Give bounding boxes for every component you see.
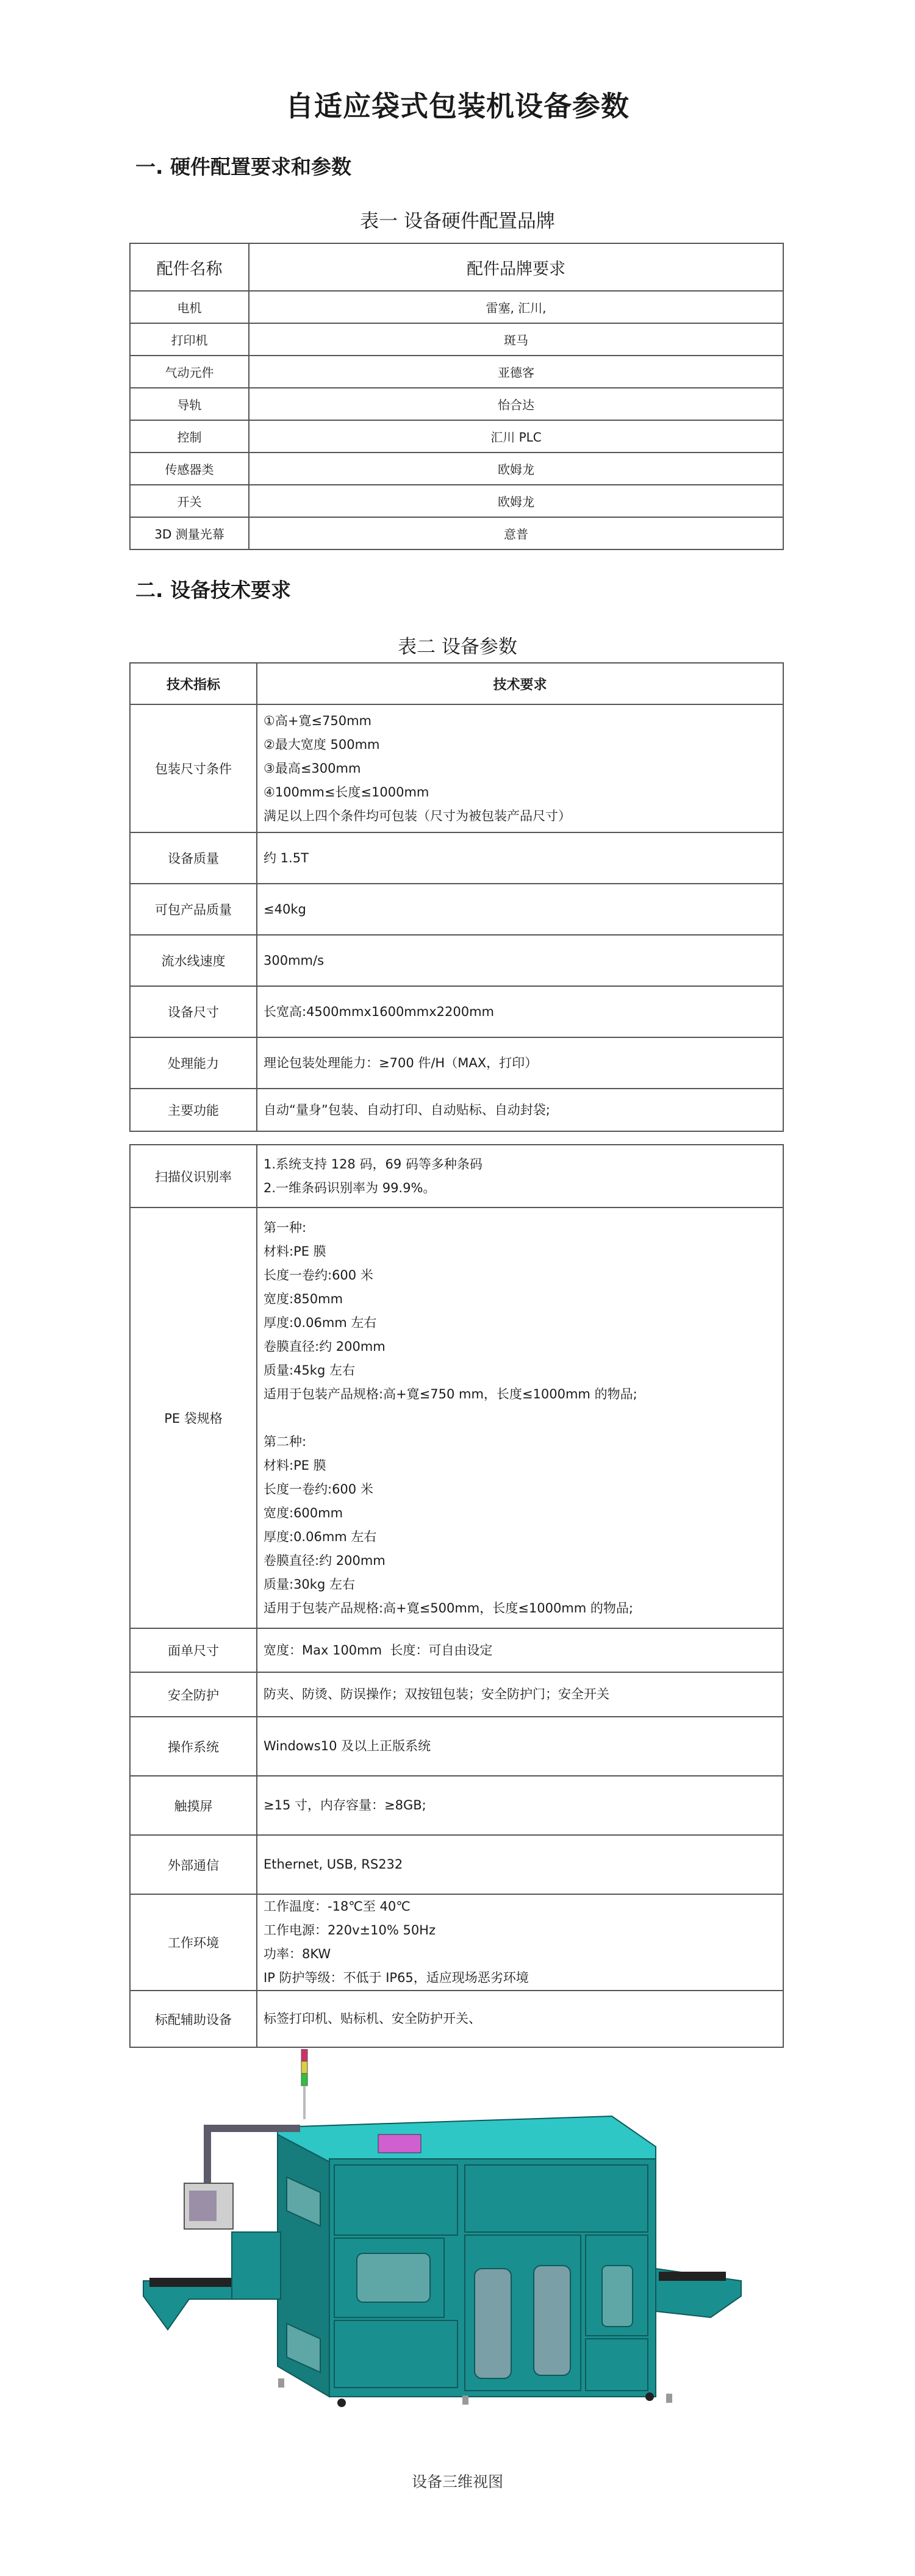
requirement-line: 300mm/s: [264, 949, 783, 973]
table-1-caption: 表一 设备硬件配置品牌: [0, 206, 915, 233]
requirement-line: 质量:30kg 左右: [264, 1573, 783, 1597]
requirement-cell: 1.系统支持 128 码，69 码等多种条码2.一维条码识别率为 99.9%。: [257, 1145, 783, 1207]
header-brand-requirement: 配件品牌要求: [249, 243, 783, 291]
requirement-line: 材料:PE 膜: [264, 1454, 783, 1478]
brand-cell: 欧姆龙: [249, 453, 783, 485]
equipment-3d-view: [140, 2049, 799, 2464]
brand-cell: 亚德客: [249, 356, 783, 388]
requirement-line: 2.一维条码识别率为 99.9%。: [264, 1176, 783, 1200]
brand-cell: 欧姆龙: [249, 485, 783, 517]
table-row: 控制汇川 PLC: [130, 420, 783, 453]
table-row: 工作环境工作温度：-18℃至 40℃工作电源：220v±10% 50Hz功率：8…: [130, 1894, 783, 1991]
requirement-line: 长度一卷约:600 米: [264, 1264, 783, 1287]
equipment-params-table-part1: 技术指标 技术要求 包装尺寸条件①高+寛≤750mm②最大宽度 500mm③最高…: [129, 662, 784, 1132]
requirement-cell: 标签打印机、贴标机、安全防护开关、: [257, 1991, 783, 2047]
indicator-cell: 操作系统: [130, 1717, 257, 1776]
requirement-line: ≤40kg: [264, 898, 783, 921]
indicator-cell: 流水线速度: [130, 935, 257, 986]
requirement-cell: 长宽高:4500mmx1600mmx2200mm: [257, 986, 783, 1037]
signal-light-yellow-icon: [301, 2061, 307, 2073]
indicator-cell: 设备尺寸: [130, 986, 257, 1037]
signal-light-red-icon: [301, 2049, 307, 2061]
indicator-cell: PE 袋规格: [130, 1207, 257, 1628]
requirement-line: 约 1.5T: [264, 846, 783, 870]
brand-cell: 怡合达: [249, 388, 783, 420]
part-name-cell: 开关: [130, 485, 249, 517]
indicator-cell: 标配辅助设备: [130, 1991, 257, 2047]
table-row: PE 袋规格第一种:材料:PE 膜长度一卷约:600 米宽度:850mm厚度:0…: [130, 1207, 783, 1628]
part-name-cell: 控制: [130, 420, 249, 453]
requirement-cell: ①高+寛≤750mm②最大宽度 500mm③最高≤300mm④100mm≤长度≤…: [257, 704, 783, 832]
requirement-line: 工作温度：-18℃至 40℃: [264, 1895, 783, 1919]
table-header-row: 配件名称配件品牌要求: [130, 243, 783, 291]
brand-cell: 斑马: [249, 323, 783, 356]
requirement-cell: 工作温度：-18℃至 40℃工作电源：220v±10% 50Hz功率：8KWIP…: [257, 1894, 783, 1991]
requirement-line: 厚度:0.06mm 左右: [264, 1311, 783, 1335]
requirement-line: ②最大宽度 500mm: [264, 733, 783, 757]
part-name-cell: 气动元件: [130, 356, 249, 388]
requirement-line: 宽度:600mm: [264, 1501, 783, 1525]
section-1-title: 一. 硬件配置要求和参数: [135, 151, 351, 180]
table-row: 导轨怡合达: [130, 388, 783, 420]
hardware-brand-table: 配件名称配件品牌要求电机雷塞, 汇川,打印机斑马气动元件亚德客导轨怡合达控制汇川…: [129, 243, 784, 550]
table-row: 主要功能自动“量身”包装、自动打印、自动贴标、自动封袋;: [130, 1089, 783, 1131]
table-row: 传感器类欧姆龙: [130, 453, 783, 485]
requirement-line: Windows10 及以上正版系统: [264, 1734, 783, 1758]
requirement-cell: 约 1.5T: [257, 832, 783, 884]
requirement-line: 宽度:850mm: [264, 1287, 783, 1311]
requirement-cell: 理论包装处理能力：≥700 件/H（MAX，打印）: [257, 1037, 783, 1089]
table-2-caption: 表二 设备参数: [0, 631, 915, 659]
indicator-cell: 扫描仪识别率: [130, 1145, 257, 1207]
requirement-line: ③最高≤300mm: [264, 757, 783, 781]
requirement-cell: 防夹、防烫、防误操作；双按钮包装；安全防护门；安全开关: [257, 1672, 783, 1717]
table-row: 外部通信Ethernet, USB, RS232: [130, 1835, 783, 1894]
requirement-line: 宽度：Max 100mm 长度：可自由设定: [264, 1639, 783, 1662]
table-row: 面单尺寸宽度：Max 100mm 长度：可自由设定: [130, 1628, 783, 1672]
requirement-line: 工作电源：220v±10% 50Hz: [264, 1919, 783, 1942]
requirement-cell: 300mm/s: [257, 935, 783, 986]
table-row: 设备质量约 1.5T: [130, 832, 783, 884]
requirement-line: ④100mm≤长度≤1000mm: [264, 781, 783, 804]
table-row: 处理能力理论包装处理能力：≥700 件/H（MAX，打印）: [130, 1037, 783, 1089]
requirement-cell: Windows10 及以上正版系统: [257, 1717, 783, 1776]
requirement-line: 理论包装处理能力：≥700 件/H（MAX，打印）: [264, 1051, 783, 1075]
table-row: 包装尺寸条件①高+寛≤750mm②最大宽度 500mm③最高≤300mm④100…: [130, 704, 783, 832]
indicator-cell: 主要功能: [130, 1089, 257, 1131]
brand-cell: 雷塞, 汇川,: [249, 291, 783, 323]
requirement-line: Ethernet, USB, RS232: [264, 1853, 783, 1877]
table-row: 气动元件亚德客: [130, 356, 783, 388]
requirement-line: IP 防护等级：不低于 IP65，适应现场恶劣环境: [264, 1966, 783, 1990]
equipment-params-table-part2: 扫描仪识别率1.系统支持 128 码，69 码等多种条码2.一维条码识别率为 9…: [129, 1144, 784, 2048]
figure-caption: 设备三维视图: [0, 2470, 915, 2492]
requirement-cell: 自动“量身”包装、自动打印、自动贴标、自动封袋;: [257, 1089, 783, 1131]
requirement-line: 第二种:: [264, 1430, 783, 1454]
table-row: 流水线速度300mm/s: [130, 935, 783, 986]
requirement-line: 长宽高:4500mmx1600mmx2200mm: [264, 1000, 783, 1024]
table-row: 安全防护防夹、防烫、防误操作；双按钮包装；安全防护门；安全开关: [130, 1672, 783, 1717]
table-row: 操作系统Windows10 及以上正版系统: [130, 1717, 783, 1776]
indicator-cell: 触摸屏: [130, 1776, 257, 1835]
requirement-cell: 第一种:材料:PE 膜长度一卷约:600 米宽度:850mm厚度:0.06mm …: [257, 1207, 783, 1628]
requirement-line: 标签打印机、贴标机、安全防护开关、: [264, 2007, 783, 2031]
requirement-line: 适用于包装产品规格:高+寛≤500mm，长度≤1000mm 的物品;: [264, 1597, 783, 1620]
requirement-cell: Ethernet, USB, RS232: [257, 1835, 783, 1894]
section-2-title: 二. 设备技术要求: [135, 574, 291, 603]
requirement-cell: ≤40kg: [257, 884, 783, 935]
requirement-line: 卷膜直径:约 200mm: [264, 1335, 783, 1359]
header-requirement: 技术要求: [257, 663, 783, 704]
brand-cell: 汇川 PLC: [249, 420, 783, 453]
requirement-line: 适用于包装产品规格:高+寛≤750 mm，长度≤1000mm 的物品;: [264, 1383, 783, 1406]
indicator-cell: 面单尺寸: [130, 1628, 257, 1672]
table-row: 标配辅助设备标签打印机、贴标机、安全防护开关、: [130, 1991, 783, 2047]
header-indicator: 技术指标: [130, 663, 257, 704]
signal-light-green-icon: [301, 2073, 307, 2086]
indicator-cell: 包装尺寸条件: [130, 704, 257, 832]
indicator-cell: 外部通信: [130, 1835, 257, 1894]
indicator-cell: 处理能力: [130, 1037, 257, 1089]
requirement-line: [264, 1406, 783, 1430]
header-part-name: 配件名称: [130, 243, 249, 291]
document-title: 自适应袋式包装机设备参数: [0, 84, 915, 124]
requirement-line: ①高+寛≤750mm: [264, 709, 783, 733]
requirement-line: 第一种:: [264, 1216, 783, 1240]
table-row: 触摸屏≥15 寸，内存容量：≥8GB;: [130, 1776, 783, 1835]
table-row: 开关欧姆龙: [130, 485, 783, 517]
part-name-cell: 打印机: [130, 323, 249, 356]
requirement-line: 防夹、防烫、防误操作；双按钮包装；安全防护门；安全开关: [264, 1683, 783, 1706]
requirement-line: ≥15 寸，内存容量：≥8GB;: [264, 1794, 783, 1817]
requirement-line: 质量:45kg 左右: [264, 1359, 783, 1383]
brand-cell: 意普: [249, 517, 783, 549]
table-row: 电机雷塞, 汇川,: [130, 291, 783, 323]
requirement-line: 卷膜直径:约 200mm: [264, 1549, 783, 1573]
requirement-line: 1.系统支持 128 码，69 码等多种条码: [264, 1153, 783, 1176]
requirement-line: 满足以上四个条件均可包装（尺寸为被包装产品尺寸）: [264, 804, 783, 828]
requirement-line: 功率：8KW: [264, 1942, 783, 1966]
indicator-cell: 设备质量: [130, 832, 257, 884]
table-row: 设备尺寸长宽高:4500mmx1600mmx2200mm: [130, 986, 783, 1037]
requirement-cell: 宽度：Max 100mm 长度：可自由设定: [257, 1628, 783, 1672]
part-name-cell: 传感器类: [130, 453, 249, 485]
indicator-cell: 工作环境: [130, 1894, 257, 1991]
table-row: 扫描仪识别率1.系统支持 128 码，69 码等多种条码2.一维条码识别率为 9…: [130, 1145, 783, 1207]
part-name-cell: 导轨: [130, 388, 249, 420]
requirement-line: 自动“量身”包装、自动打印、自动贴标、自动封袋;: [264, 1098, 783, 1122]
indicator-cell: 可包产品质量: [130, 884, 257, 935]
part-name-cell: 3D 测量光幕: [130, 517, 249, 549]
requirement-cell: ≥15 寸，内存容量：≥8GB;: [257, 1776, 783, 1835]
requirement-line: 长度一卷约:600 米: [264, 1478, 783, 1501]
indicator-cell: 安全防护: [130, 1672, 257, 1717]
table-header-row: 技术指标 技术要求: [130, 663, 783, 704]
table-row: 可包产品质量≤40kg: [130, 884, 783, 935]
requirement-line: 材料:PE 膜: [264, 1240, 783, 1264]
requirement-line: 厚度:0.06mm 左右: [264, 1525, 783, 1549]
table-row: 打印机斑马: [130, 323, 783, 356]
packaging-machine-illustration: [140, 2049, 799, 2464]
table-row: 3D 测量光幕意普: [130, 517, 783, 549]
part-name-cell: 电机: [130, 291, 249, 323]
